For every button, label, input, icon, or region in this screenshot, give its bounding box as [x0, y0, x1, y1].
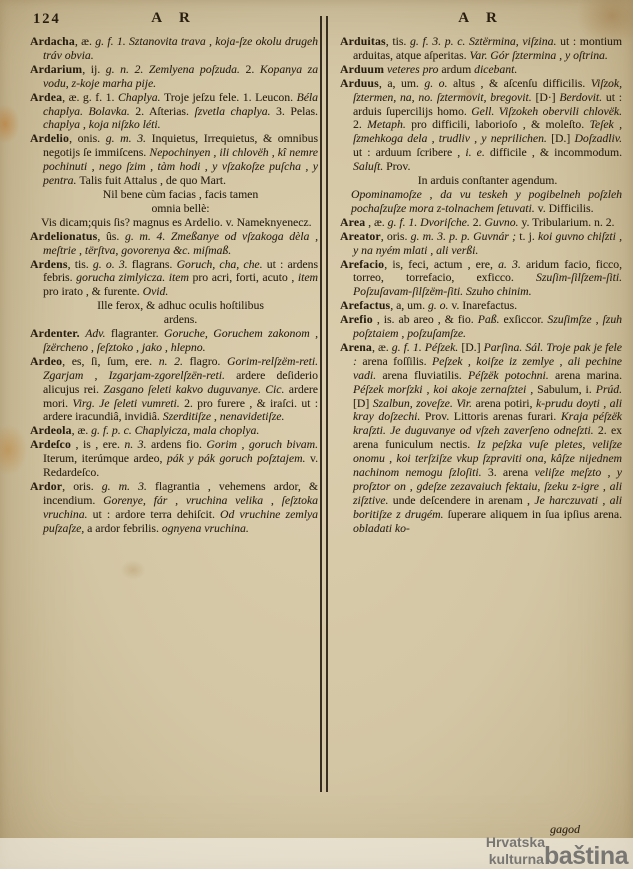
dictionary-entry: Arefacio, is, feci, actum , ere, a. 3. a… — [340, 258, 622, 300]
dictionary-entry: Ardeo, es, ſi, ſum, ere. n. 2. flagro. G… — [30, 355, 318, 425]
watermark-line2: kulturnabaština — [373, 848, 633, 868]
verse-line: Ille ferox, & adhuc oculis hoſtilibus — [30, 299, 318, 313]
dictionary-entry: Ardens, tis. g. o. 3. flagrans. Goruch, … — [30, 258, 318, 300]
watermark: Hrvatska kulturnabaština — [373, 837, 633, 868]
book-page: 124 A R A R Ardacha, æ. g. f. 1. Sztanov… — [0, 0, 633, 869]
dictionary-entry: Ardacha, æ. g. f. 1. Sztanovita trava , … — [30, 35, 318, 63]
running-head-right: A R — [338, 10, 624, 27]
watermark-word-bastina: baština — [544, 842, 628, 869]
dictionary-entry: Ardeſco , is , ere. n. 3. ardens fio. Go… — [30, 438, 318, 480]
verse-line: omnia bellè: — [30, 202, 318, 216]
dictionary-entry: Arduus, a, um. g. o. altus , & aſcenſu d… — [340, 77, 622, 174]
watermark-word-kulturna: kulturna — [489, 851, 544, 867]
dictionary-entry: Ardelio, onis. g. m. 3. Inquietus, Irreq… — [30, 132, 318, 188]
dictionary-entry: Ardenter. Adv. flagranter. Goruche, Goru… — [30, 327, 318, 355]
left-column: Ardacha, æ. g. f. 1. Sztanovita trava , … — [30, 35, 318, 536]
dictionary-entry: Ardeola, æ. g. f. p. c. Chaplyicza, mala… — [30, 424, 318, 438]
verse-line: Nil bene cùm facias , facis tamen — [30, 188, 318, 202]
running-head-left: A R — [30, 10, 318, 27]
note-block: Vis dicam;quis ſis? magnus es Ardelio. v… — [30, 216, 318, 230]
column-divider-rule — [320, 16, 328, 792]
verse-line: In arduis conſtanter agendum. — [340, 174, 622, 188]
note-block: Opominamoſze , da vu teskeh y pogibelneh… — [340, 188, 622, 216]
right-column: Arduitas, tis. g. f. 3. p. c. Sztërmina,… — [340, 35, 622, 536]
dictionary-entry: Ardelionatus, ûs. g. m. 4. Zmeßanye od v… — [30, 230, 318, 258]
paper-stain — [0, 424, 28, 476]
verse-line: ardens. — [30, 313, 318, 327]
dictionary-entry: Ardor, oris. g. m. 3. flagrantia , vehem… — [30, 480, 318, 536]
dictionary-entry: Arefactus, a, um. g. o. v. Inarefactus. — [340, 299, 622, 313]
dictionary-entry: Ardea, æ. g. f. 1. Chaplya. Troje jeſzu … — [30, 91, 318, 133]
dictionary-entry: Ardarium, ij. g. n. 2. Zemlyena poſzuda.… — [30, 63, 318, 91]
dictionary-entry: Arefio , is. ab areo , & fio. Paß. exſic… — [340, 313, 622, 341]
dictionary-entry: Arena, æ. g. f. 1. Péſzek. [D.] Parſina.… — [340, 341, 622, 536]
dictionary-entry: Area , æ. g. f. 1. Dvoriſche. 2. Guvno. … — [340, 216, 622, 230]
dictionary-entry: Arduitas, tis. g. f. 3. p. c. Sztërmina,… — [340, 35, 622, 63]
paper-stain — [0, 104, 20, 144]
dictionary-entry: Arduum veteres pro ardum dicebant. — [340, 63, 622, 77]
paper-stain — [120, 560, 146, 580]
dictionary-entry: Areator, oris. g. m. 3. p. p. Guvnár ; t… — [340, 230, 622, 258]
